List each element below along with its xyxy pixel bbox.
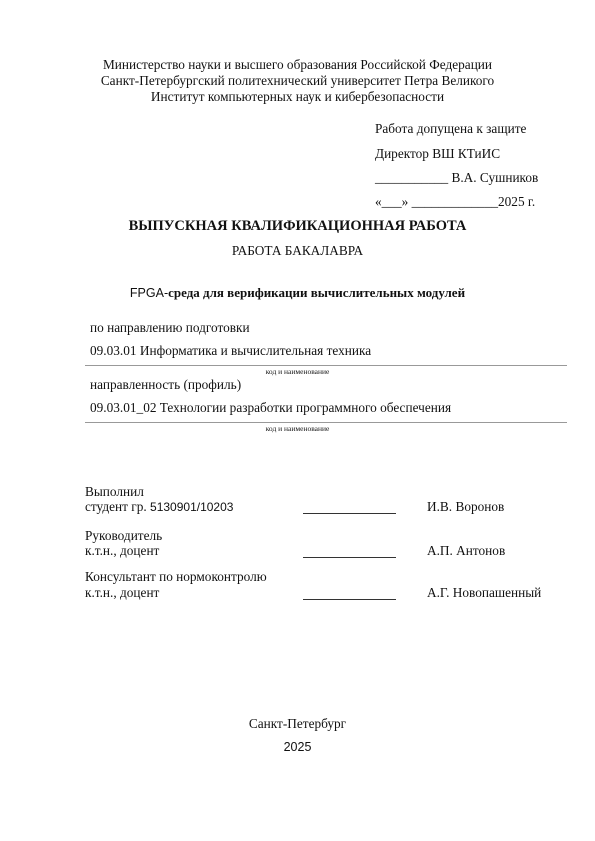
institute-line: Институт компьютерных наук и кибербезопа… [0, 89, 595, 105]
approval-date: «___» _____________2025 г. [375, 194, 535, 210]
signature-role: Выполнил [85, 484, 144, 500]
profile-underline [85, 422, 567, 423]
profile-label: направленность (профиль) [90, 377, 241, 393]
direction-caption: код и наименование [0, 367, 595, 376]
approval-signature: ___________ В.А. Сушников [375, 170, 538, 186]
work-topic: FPGA-среда для верификации вычислительны… [0, 285, 595, 301]
signature-detail: студент гр. 5130901/10203 [85, 499, 233, 515]
topic-prefix: FPGA- [130, 286, 168, 300]
signature-role: Руководитель [85, 528, 162, 544]
signature-detail: к.т.н., доцент [85, 585, 159, 601]
signature-name: И.В. Воронов [427, 499, 504, 515]
work-type: РАБОТА БАКАЛАВРА [0, 243, 595, 259]
footer-city: Санкт-Петербург [0, 716, 595, 732]
group-number: 5130901/10203 [150, 500, 233, 514]
signature-line [303, 599, 396, 600]
signature-line [303, 557, 396, 558]
ministry-line: Министерство науки и высшего образования… [0, 57, 595, 73]
direction-value: 09.03.01 Информатика и вычислительная те… [90, 343, 371, 359]
signature-line [303, 513, 396, 514]
direction-underline [85, 365, 567, 366]
detail-prefix: студент гр. [85, 499, 150, 514]
signature-name: А.Г. Новопашенный [427, 585, 541, 601]
direction-label: по направлению подготовки [90, 320, 250, 336]
signature-role: Консультант по нормоконтролю [85, 569, 267, 585]
work-title: ВЫПУСКНАЯ КВАЛИФИКАЦИОННАЯ РАБОТА [0, 218, 595, 235]
approval-director: Директор ВШ КТиИС [375, 146, 500, 162]
approval-admitted: Работа допущена к защите [375, 121, 526, 137]
signature-name: А.П. Антонов [427, 543, 505, 559]
profile-caption: код и наименование [0, 424, 595, 433]
footer-year: 2025 [0, 740, 595, 754]
signature-detail: к.т.н., доцент [85, 543, 159, 559]
profile-value: 09.03.01_02 Технологии разработки програ… [90, 400, 451, 416]
topic-rest: среда для верификации вычислительных мод… [168, 285, 465, 300]
university-line: Санкт-Петербургский политехнический унив… [0, 73, 595, 89]
